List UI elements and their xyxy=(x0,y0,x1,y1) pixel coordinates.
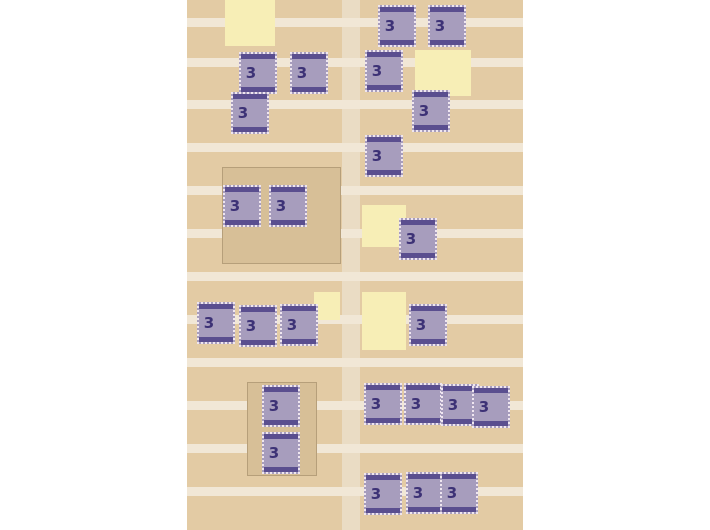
glassine-strip xyxy=(187,143,523,152)
glassine-strip xyxy=(187,315,523,324)
stamp: 3 xyxy=(472,386,510,428)
glassine-strip xyxy=(187,444,523,453)
stamp: 3 xyxy=(440,472,478,514)
pencil-note xyxy=(362,292,406,350)
stamp: 3 xyxy=(364,473,402,515)
stamp: 3 xyxy=(269,185,307,227)
stamp: 3 xyxy=(239,52,277,94)
glassine-strip xyxy=(187,358,523,367)
stamp: 3 xyxy=(231,92,269,134)
stamp: 3 xyxy=(262,385,300,427)
stamp: 3 xyxy=(262,432,300,474)
stockbook-page: 333333333333333333333333 xyxy=(187,0,523,530)
stamp: 3 xyxy=(365,50,403,92)
stamp: 3 xyxy=(428,5,466,47)
stamp: 3 xyxy=(378,5,416,47)
stamp: 3 xyxy=(197,302,235,344)
glassine-strip xyxy=(187,58,523,67)
stamp: 3 xyxy=(223,185,261,227)
stamp: 3 xyxy=(409,304,447,346)
stamp: 3 xyxy=(412,90,450,132)
pencil-note xyxy=(225,0,275,46)
stamp: 3 xyxy=(404,383,442,425)
stamp: 3 xyxy=(406,472,444,514)
glassine-strip xyxy=(187,272,523,281)
stamp: 3 xyxy=(365,135,403,177)
stamp: 3 xyxy=(280,304,318,346)
stamp: 3 xyxy=(399,218,437,260)
stamp: 3 xyxy=(290,52,328,94)
stamp: 3 xyxy=(239,305,277,347)
stamp: 3 xyxy=(364,383,402,425)
